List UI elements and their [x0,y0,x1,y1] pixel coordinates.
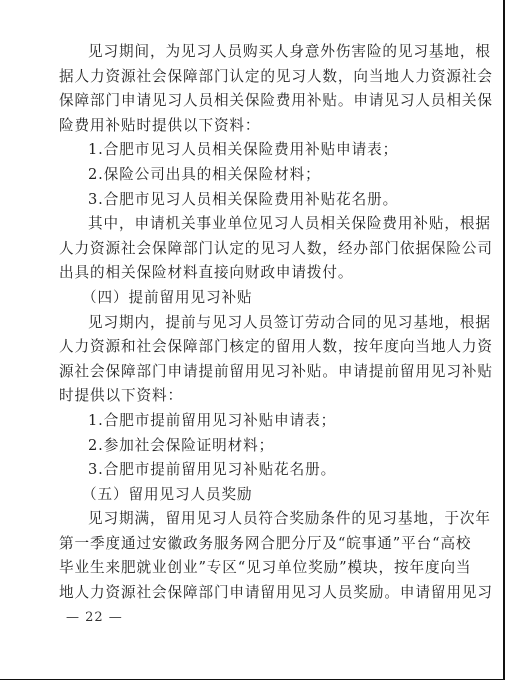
list-item: 1.合肥市见习人员相关保险费用补贴申请表； [59,138,441,163]
paragraph-line: 人力资源和社会保障部门核定的留用人数，按年度向当地人力资 [59,335,441,360]
list-item: 3.合肥市见习人员相关保险费用补贴花名册。 [59,188,441,213]
page-number: — 22 — [66,610,123,625]
list-item: 1.合肥市提前留用见习补贴申请表； [59,409,441,434]
paragraph-line: 毕业生来肥就业创业”专区“见习单位奖励”模块，按年度向当 [59,556,441,581]
paragraph-line: 保障部门申请见习人员相关保险费用补贴。申请见习人员相关保 [59,89,441,114]
document-page: 见习期间，为见习人员购买人身意外伤害险的见习基地，根 据人力资源社会保障部门认定… [0,0,505,680]
paragraph-line: 时提供以下资料： [59,384,441,409]
paragraph-line: 地人力资源社会保障部门申请留用见习人员奖励。申请留用见习 [59,581,441,606]
paragraph-line: 源社会保障部门申请提前留用见习补贴。申请提前留用见习补贴 [59,360,441,385]
paragraph-line: 见习期内，提前与见习人员签订劳动合同的见习基地，根据 [59,311,441,336]
paragraph-line: 出具的相关保险材料直接向财政申请拨付。 [59,261,441,286]
paragraph-line: 其中，申请机关事业单位见习人员相关保险费用补贴，根据 [59,212,441,237]
section-heading-5: （五）留用见习人员奖励 [59,483,441,508]
list-item: 2.参加社会保险证明材料； [59,434,441,459]
list-item: 2.保险公司出具的相关保险材料； [59,163,441,188]
paragraph-line: 第一季度通过安徽政务服务网合肥分厅及“皖事通”平台“高校 [59,532,441,557]
paragraph-line: 见习期间，为见习人员购买人身意外伤害险的见习基地，根 [59,40,441,65]
paragraph-line: 据人力资源社会保障部门认定的见习人数，向当地人力资源社会 [59,65,441,90]
section-heading-4: （四）提前留用见习补贴 [59,286,441,311]
paragraph-line: 人力资源社会保障部门认定的见习人数，经办部门依据保险公司 [59,237,441,262]
paragraph-line: 见习期满，留用见习人员符合奖励条件的见习基地，于次年 [59,507,441,532]
page-body-text: 见习期间，为见习人员购买人身意外伤害险的见习基地，根 据人力资源社会保障部门认定… [59,40,441,606]
paragraph-line: 险费用补贴时提供以下资料： [59,114,441,139]
list-item: 3.合肥市提前留用见习补贴花名册。 [59,458,441,483]
